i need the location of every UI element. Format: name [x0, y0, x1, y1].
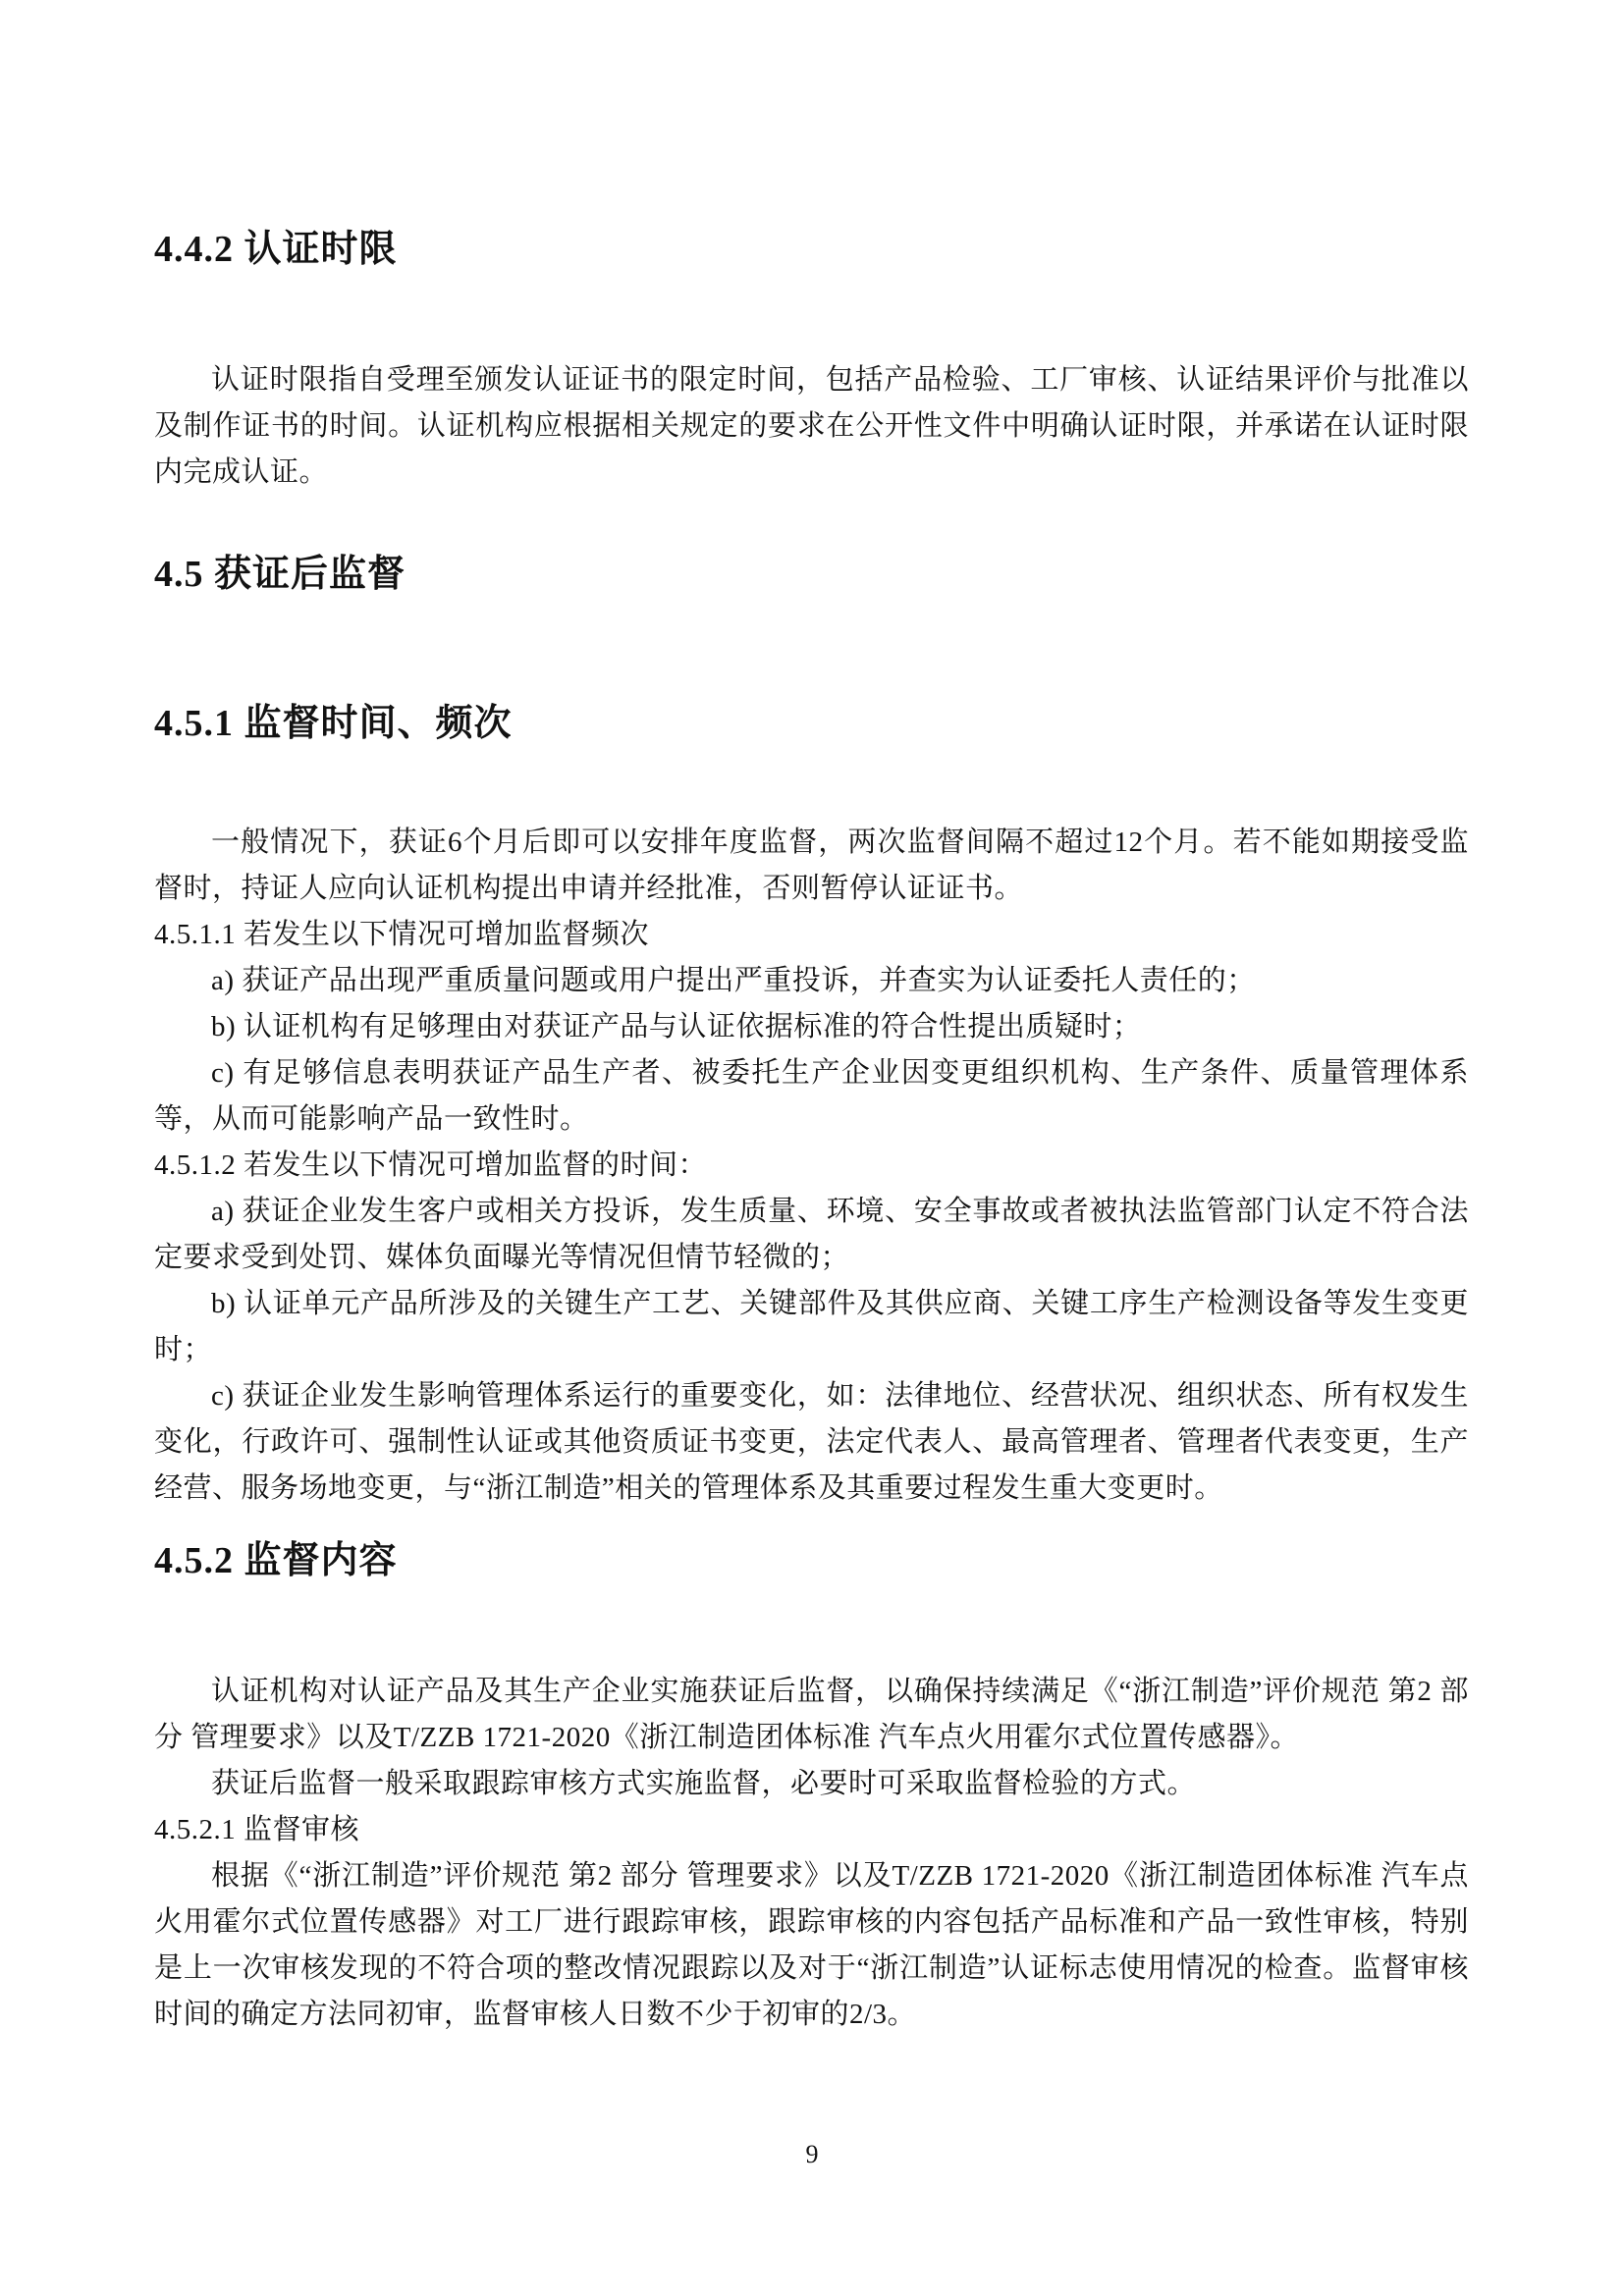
paragraph-certification-time-limit: 认证时限指自受理至颁发认证证书的限定时间，包括产品检验、工厂审核、认证结果评价与… — [154, 357, 1469, 496]
list-item-b2: b) 认证单元产品所涉及的关键生产工艺、关键部件及其供应商、关键工序生产检测设备… — [154, 1281, 1469, 1373]
document-page: 4.4.2 认证时限 认证时限指自受理至颁发认证证书的限定时间，包括产品检验、工… — [0, 0, 1624, 2296]
section-heading-4-4-2: 4.4.2 认证时限 — [154, 226, 1469, 273]
paragraph-supervision-schedule: 一般情况下，获证6个月后即可以安排年度监督，两次监督间隔不超过12个月。若不能如… — [154, 820, 1469, 912]
paragraph-supervision-method: 获证后监督一般采取跟踪审核方式实施监督，必要时可采取监督检验的方式。 — [154, 1761, 1469, 1807]
page-number: 9 — [0, 2139, 1624, 2170]
clause-4-5-2-1: 4.5.2.1 监督审核 — [154, 1807, 1469, 1853]
list-item-c: c) 有足够信息表明获证产品生产者、被委托生产企业因变更组织机构、生产条件、质量… — [154, 1050, 1469, 1143]
section-heading-4-5-1: 4.5.1 监督时间、频次 — [154, 700, 1469, 747]
list-item-a2: a) 获证企业发生客户或相关方投诉，发生质量、环境、安全事故或者被执法监管部门认… — [154, 1189, 1469, 1281]
document-content: 4.4.2 认证时限 认证时限指自受理至颁发认证证书的限定时间，包括产品检验、工… — [154, 0, 1469, 2038]
clause-4-5-1-1: 4.5.1.1 若发生以下情况可增加监督频次 — [154, 912, 1469, 958]
list-item-b: b) 认证机构有足够理由对获证产品与认证依据标准的符合性提出质疑时； — [154, 1004, 1469, 1050]
list-item-c2: c) 获证企业发生影响管理体系运行的重要变化，如：法律地位、经营状况、组织状态、… — [154, 1373, 1469, 1512]
section-heading-4-5-2: 4.5.2 监督内容 — [154, 1537, 1469, 1584]
section-heading-4-5: 4.5 获证后监督 — [154, 551, 1469, 598]
list-item-a: a) 获证产品出现严重质量问题或用户提出严重投诉，并查实为认证委托人责任的； — [154, 958, 1469, 1004]
clause-4-5-1-2: 4.5.1.2 若发生以下情况可增加监督的时间： — [154, 1143, 1469, 1189]
paragraph-supervision-content: 认证机构对认证产品及其生产企业实施获证后监督，以确保持续满足《“浙江制造”评价规… — [154, 1669, 1469, 1761]
paragraph-supervision-audit: 根据《“浙江制造”评价规范 第2 部分 管理要求》以及T/ZZB 1721-20… — [154, 1853, 1469, 2038]
